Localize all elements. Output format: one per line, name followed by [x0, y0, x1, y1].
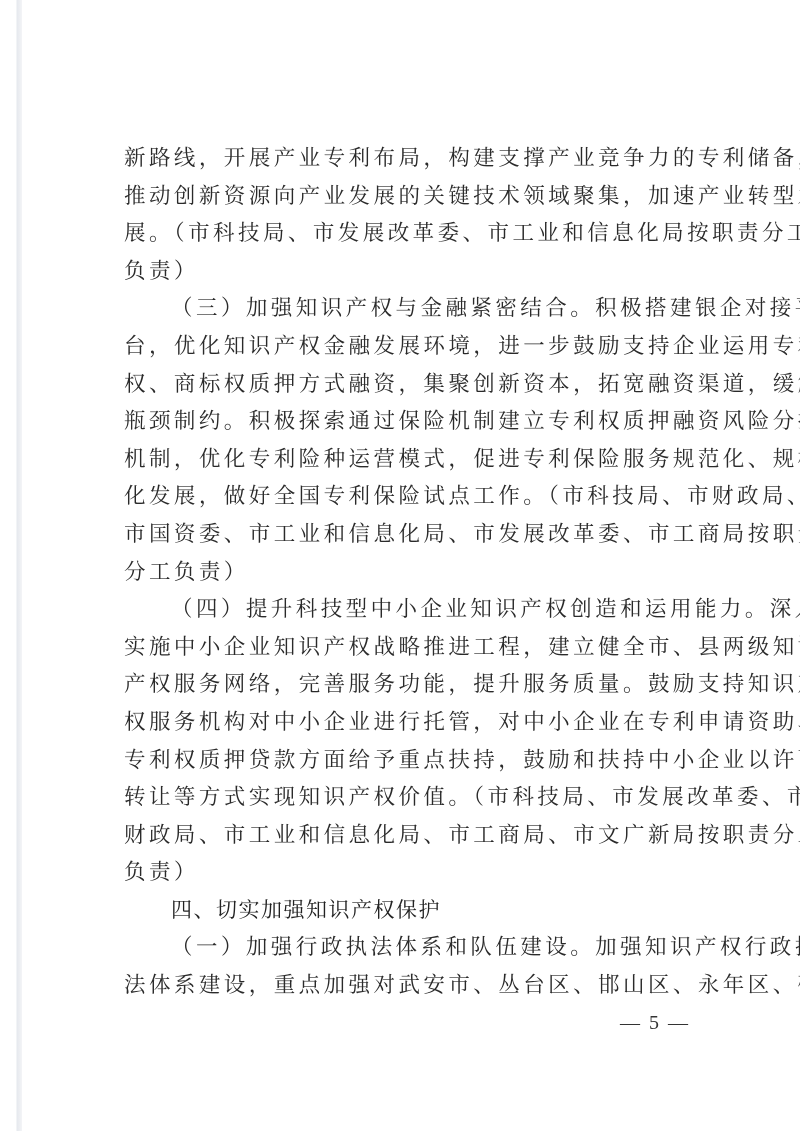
paragraph-line: 专利权质押贷款方面给予重点扶持，鼓励和扶持中小企业以许可 — [124, 742, 724, 780]
paragraph-line: 市国资委、市工业和信息化局、市发展改革委、市工商局按职责 — [124, 516, 724, 554]
scan-edge — [0, 0, 22, 1131]
paragraph-line: 瓶颈制约。积极探索通过保险机制建立专利权质押融资风险分担 — [124, 403, 724, 441]
paragraph-line: 新路线，开展产业专利布局，构建支撑产业竞争力的专利储备， — [124, 140, 724, 178]
paragraph-line: 法体系建设，重点加强对武安市、丛台区、邯山区、永年区、磁 — [124, 967, 724, 1005]
paragraph-line: 推动创新资源向产业发展的关键技术领域聚集，加速产业转型发 — [124, 178, 724, 216]
paragraph-line: 化发展，做好全国专利保险试点工作。（市科技局、市财政局、 — [124, 478, 724, 516]
paragraph-line: 负责） — [124, 253, 724, 291]
chapter-heading: 四、切实加强知识产权保护 — [124, 892, 724, 930]
paragraph-line: 财政局、市工业和信息化局、市工商局、市文广新局按职责分工 — [124, 817, 724, 855]
section-3-heading-line: （三）加强知识产权与金融紧密结合。积极搭建银企对接平 — [124, 290, 724, 328]
paragraph-line: 权、商标权质押方式融资，集聚创新资本，拓宽融资渠道，缓解 — [124, 366, 724, 404]
paragraph-line: 机制，优化专利险种运营模式，促进专利保险服务规范化、规模 — [124, 441, 724, 479]
paragraph-line: 分工负责） — [124, 554, 724, 592]
paragraph-line: 台，优化知识产权金融发展环境，进一步鼓励支持企业运用专利 — [124, 328, 724, 366]
paragraph-line: 转让等方式实现知识产权价值。（市科技局、市发展改革委、市 — [124, 779, 724, 817]
paragraph-line: 权服务机构对中小企业进行托管，对中小企业在专利申请资助、 — [124, 704, 724, 742]
paragraph-line: 负责） — [124, 854, 724, 892]
section-4-heading-line: （四）提升科技型中小企业知识产权创造和运用能力。深入 — [124, 591, 724, 629]
paragraph-line: 实施中小企业知识产权战略推进工程，建立健全市、县两级知识 — [124, 629, 724, 667]
document-body: 新路线，开展产业专利布局，构建支撑产业竞争力的专利储备， 推动创新资源向产业发展… — [124, 140, 724, 1005]
page-number: — 5 — — [620, 1012, 690, 1035]
subsection-1-heading-line: （一）加强行政执法体系和队伍建设。加强知识产权行政执 — [124, 929, 724, 967]
paragraph-line: 产权服务网络，完善服务功能，提升服务质量。鼓励支持知识产 — [124, 666, 724, 704]
paragraph-line: 展。（市科技局、市发展改革委、市工业和信息化局按职责分工 — [124, 215, 724, 253]
